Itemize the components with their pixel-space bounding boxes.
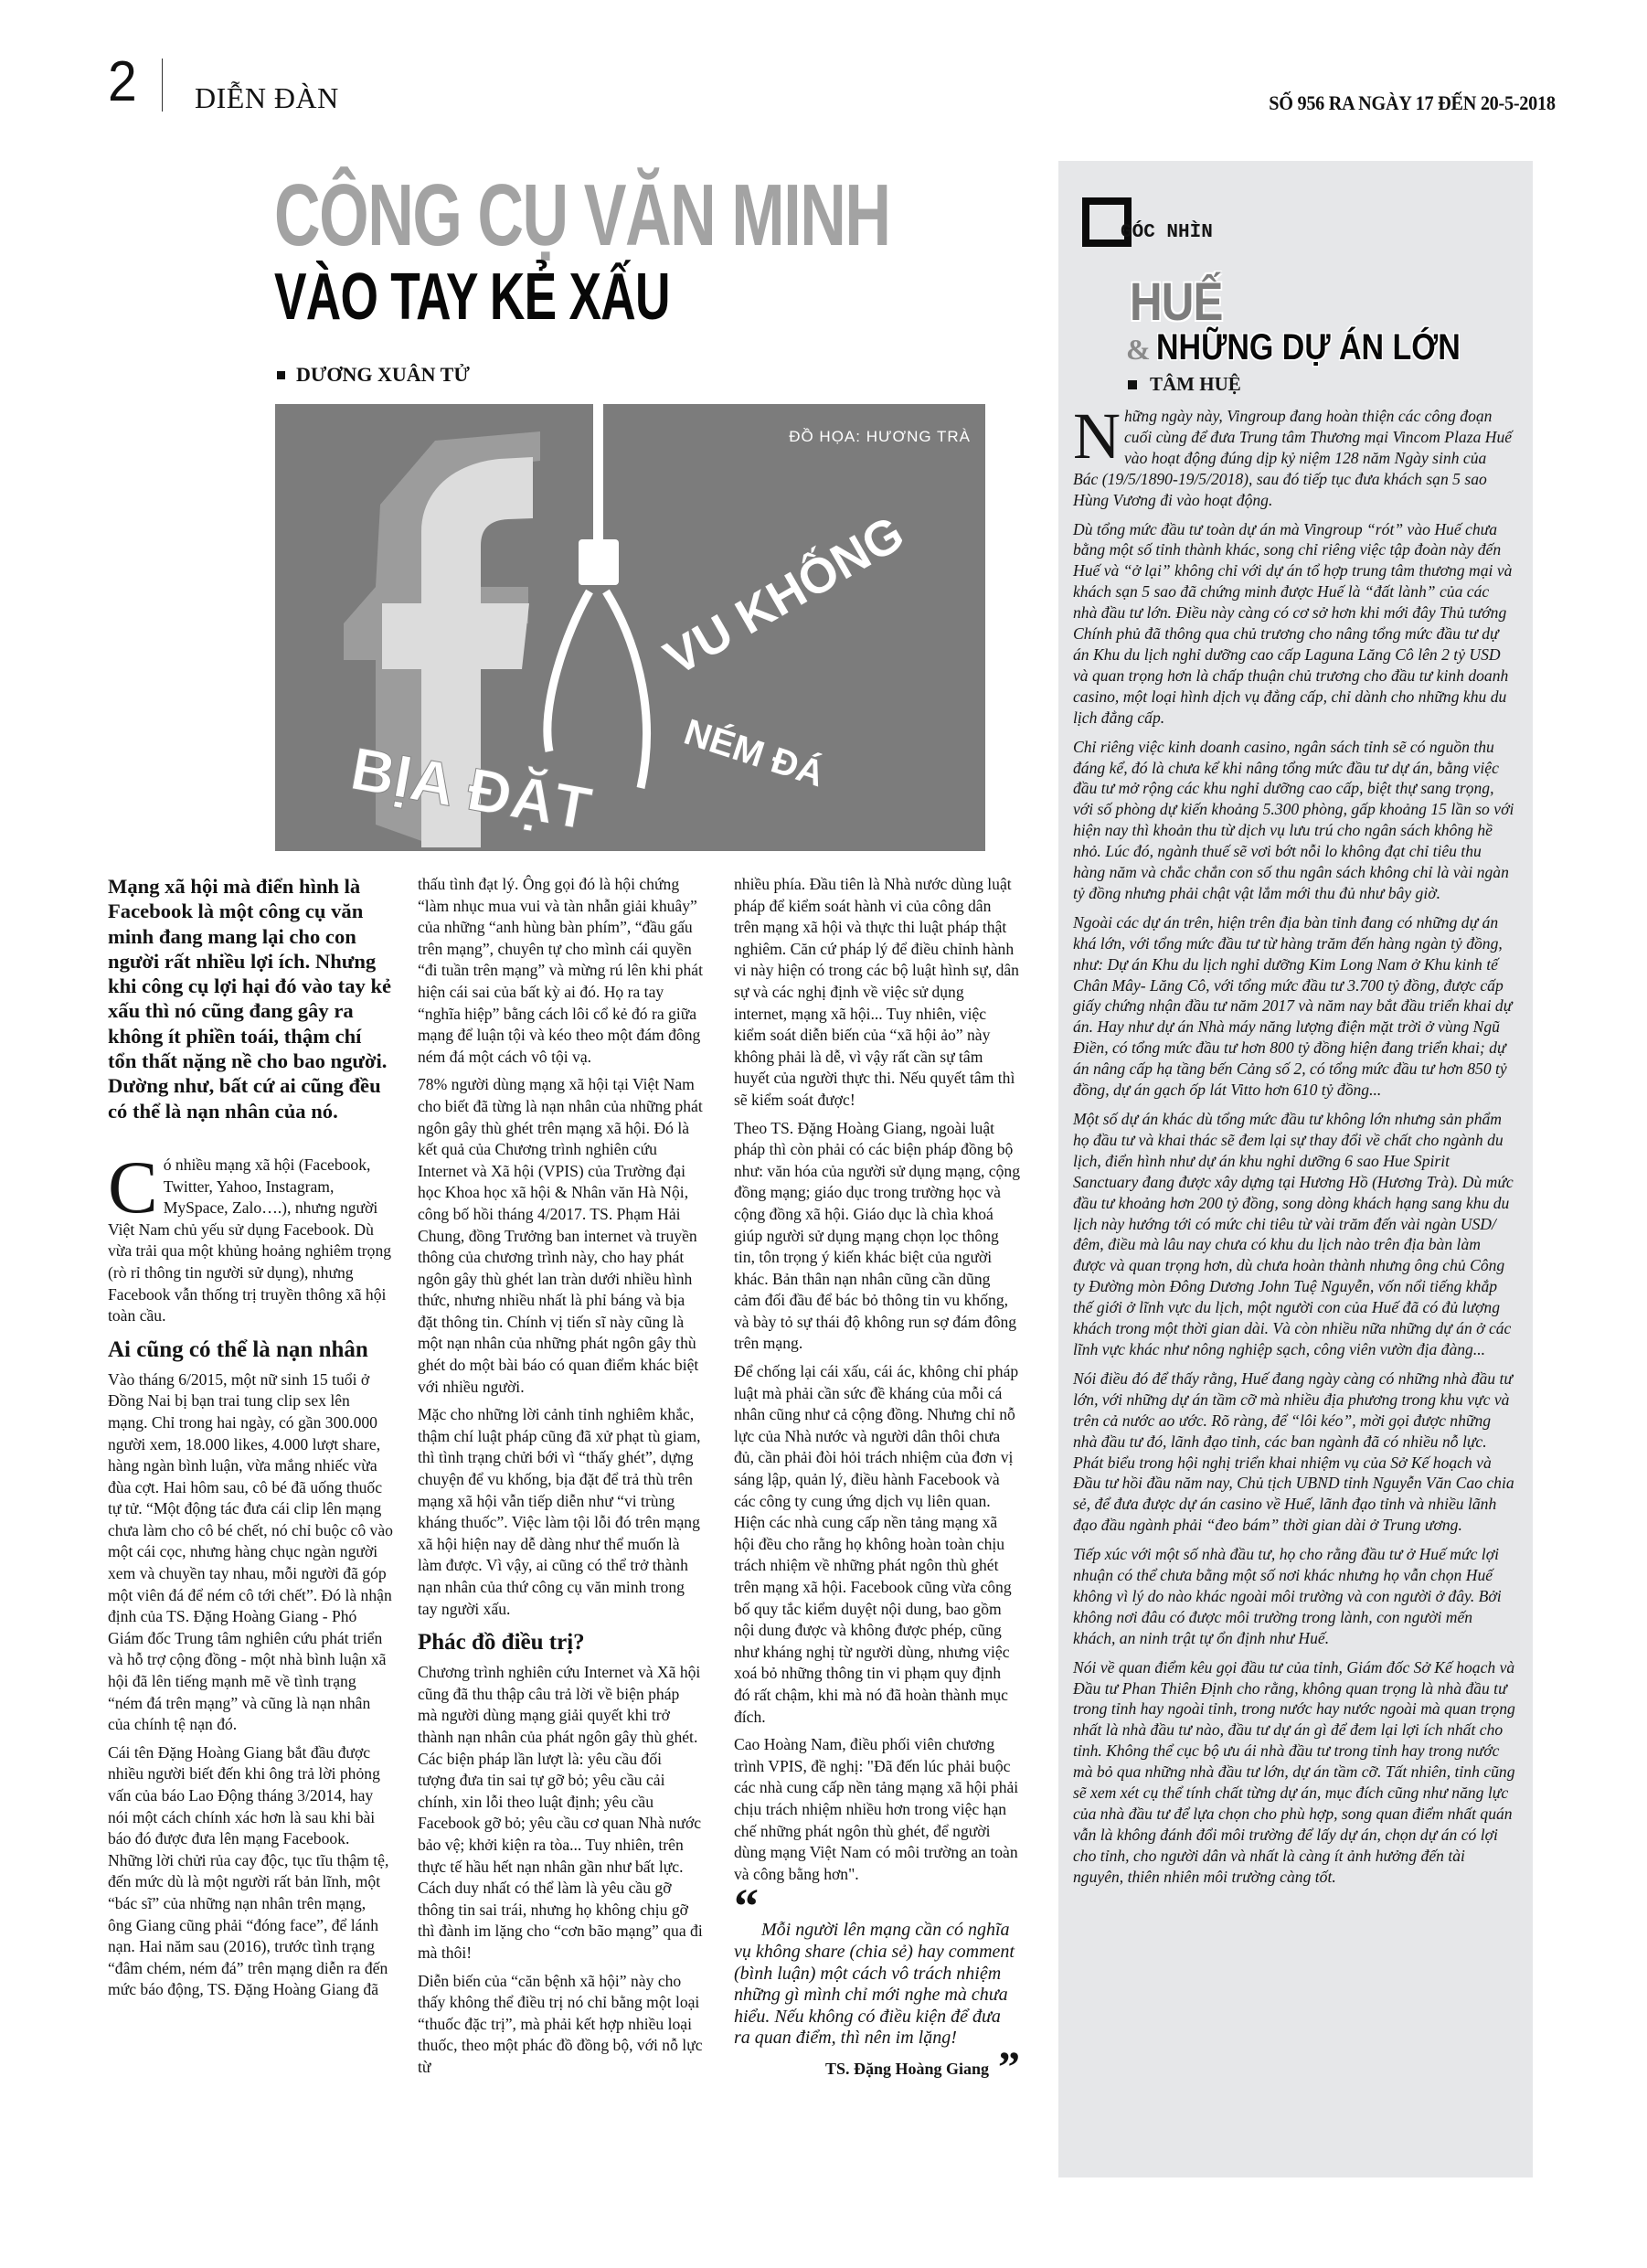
square-bullet-icon [277, 371, 285, 379]
body-paragraph-continued: nhiều phía. Đầu tiên là Nhà nước dùng lu… [734, 874, 1020, 1112]
facebook-noose-icon: VU KHỐNG BỊA ĐẶT NÉM ĐÁ [275, 404, 985, 851]
sidebar-intro-text: hững ngày này, Vingroup đang hoàn thiện … [1073, 407, 1512, 509]
body-paragraph-continued: thấu tình đạt lý. Ông gọi đó là hội chứn… [418, 874, 703, 1068]
body-paragraph: Cao Hoàng Nam, điều phối viên chương trì… [734, 1734, 1020, 1885]
sidebar-kicker: GÓC NHÌN [1082, 197, 1213, 247]
body-paragraph: Mặc cho những lời cảnh tỉnh nghiêm khắc,… [418, 1404, 703, 1620]
illustration-credit: ĐỒ HỌA: HƯƠNG TRÀ [789, 428, 971, 446]
body-paragraph: Cái tên Đặng Hoàng Giang bắt đầu được nh… [108, 1742, 393, 2000]
sidebar-goc-nhin: GÓC NHÌN HUẾ & NHỮNG DỰ ÁN LỚN TÂM HUỆ N… [1058, 161, 1533, 2177]
sidebar-paragraph: Nói điều đó để thấy rằng, Huế đang ngày … [1073, 1368, 1515, 1536]
issue-info: SỐ 956 RA NGÀY 17 ĐẾN 20-5-2018 [1270, 91, 1556, 115]
sidebar-body: N hững ngày này, Vingroup đang hoàn thiệ… [1073, 406, 1515, 1896]
quote-author: TS. Đặng Hoàng Giang [825, 2060, 989, 2078]
body-paragraph: Để chống lại cái xấu, cái ác, không chỉ … [734, 1361, 1020, 1728]
intro-paragraph: C ó nhiều mạng xã hội (Facebook, Twitter… [108, 1155, 393, 1327]
svg-text:VU KHỐNG: VU KHỐNG [655, 506, 913, 686]
kicker-label: GÓC NHÌN [1121, 222, 1213, 243]
subheading-treatment: Phác đồ điều trị? [418, 1629, 703, 1656]
body-paragraph: Diễn biến của “căn bệnh xã hội” này cho … [418, 1971, 703, 2079]
sidebar-title-line2: NHỮNG DỰ ÁN LỚN [1156, 327, 1461, 367]
sidebar-paragraph: Dù tổng mức đầu tư toàn dự án mà Vingrou… [1073, 519, 1515, 729]
drop-cap: C [108, 1158, 158, 1217]
body-paragraph: Vào tháng 6/2015, một nữ sinh 15 tuổi ở … [108, 1369, 393, 1736]
sidebar-author: TÂM HUỆ [1150, 373, 1241, 396]
sidebar-byline: TÂM HUỆ [1128, 373, 1241, 396]
sidebar-paragraph: Tiếp xúc với một số nhà đầu tư, họ cho r… [1073, 1544, 1515, 1649]
page-number: 2 [108, 57, 137, 108]
body-paragraph: Chương trình nghiên cứu Internet và Xã h… [418, 1662, 703, 1964]
article-title-line1: CÔNG CỤ VĂN MINH [274, 172, 802, 260]
subheading-victims: Ai cũng có thể là nạn nhân [108, 1336, 393, 1364]
sidebar-paragraph: Ngoài các dự án trên, hiện trên địa bàn … [1073, 912, 1515, 1101]
header-divider [162, 59, 163, 112]
close-quote-icon: ” [998, 2050, 1020, 2086]
sidebar-paragraph: Chỉ riêng việc kinh doanh casino, ngân s… [1073, 737, 1515, 904]
sidebar-title-line2-wrap: & NHỮNG DỰ ÁN LỚN [1126, 327, 1514, 367]
section-name: DIỄN ĐÀN [195, 84, 339, 112]
ampersand: & [1126, 333, 1151, 367]
open-quote-icon: “ [734, 1892, 1020, 1920]
square-bullet-icon [1128, 380, 1137, 389]
pull-quote-attribution: TS. Đặng Hoàng Giang ” [734, 2059, 1020, 2081]
sidebar-paragraph: N hững ngày này, Vingroup đang hoàn thiệ… [1073, 406, 1515, 511]
article-lede: Mạng xã hội mà điển hình là Facebook là … [108, 874, 393, 1123]
sidebar-title-line1: HUẾ [1130, 276, 1223, 329]
article-title-line2: VÀO TAY KẺ XẤU [274, 262, 670, 332]
pull-quote: “ Mỗi người lên mạng cần có nghĩa vụ khô… [734, 1892, 1020, 2080]
article-column-1: Mạng xã hội mà điển hình là Facebook là … [108, 874, 393, 2007]
drop-cap: N [1073, 410, 1121, 463]
body-paragraph: Theo TS. Đặng Hoàng Giang, ngoài luật ph… [734, 1118, 1020, 1356]
pull-quote-text: Mỗi người lên mạng cần có nghĩa vụ không… [734, 1920, 1020, 2050]
svg-text:NÉM ĐÁ: NÉM ĐÁ [679, 711, 829, 795]
author-name: DƯƠNG XUÂN TỬ [296, 363, 470, 387]
sidebar-paragraph: Một số dự án khác dù tổng mức đầu tư khô… [1073, 1109, 1515, 1360]
body-paragraph: 78% người dùng mạng xã hội tại Việt Nam … [418, 1074, 703, 1398]
article-column-3: nhiều phía. Đầu tiên là Nhà nước dùng lu… [734, 874, 1020, 2080]
article-illustration: VU KHỐNG BỊA ĐẶT NÉM ĐÁ ĐỒ HỌA: HƯƠNG TR… [275, 404, 985, 851]
sidebar-paragraph: Nói về quan điểm kêu gọi đầu tư của tỉnh… [1073, 1657, 1515, 1888]
article-byline: DƯƠNG XUÂN TỬ [277, 363, 470, 387]
article-column-2: thấu tình đạt lý. Ông gọi đó là hội chứn… [418, 874, 703, 2084]
